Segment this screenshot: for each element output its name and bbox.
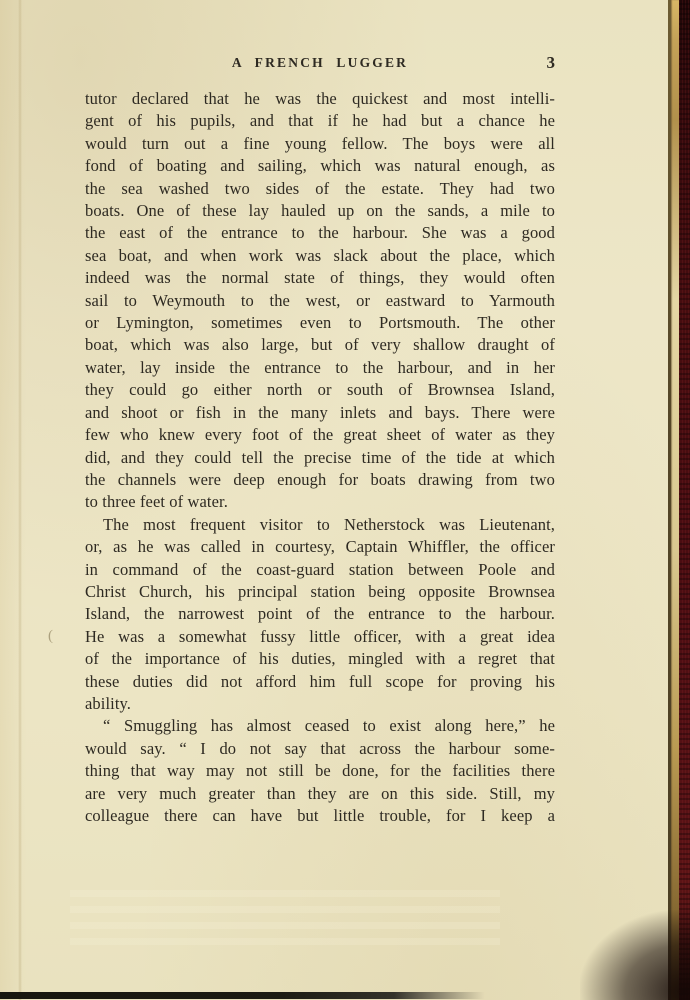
text-line: Christ Church, his principal station bei… xyxy=(85,581,555,603)
page-number: 3 xyxy=(547,53,556,73)
book-cover-edge xyxy=(679,0,690,1000)
text-line: gent of his pupils, and that if he had b… xyxy=(85,110,555,132)
running-header: A FRENCH LUGGER xyxy=(85,55,555,71)
page-edges-gilt xyxy=(671,0,679,1000)
text-line: the sea washed two sides of the estate. … xyxy=(85,178,555,200)
paragraph: The most frequent visitor to Netherstock… xyxy=(85,514,555,716)
text-line: of the importance of his duties, mingled… xyxy=(85,648,555,670)
text-line: Island, the narrowest point of the entra… xyxy=(85,603,555,625)
text-line: the channels were deep enough for boats … xyxy=(85,469,555,491)
text-line: indeed was the normal state of things, t… xyxy=(85,267,555,289)
text-line: tutor declared that he was the quickest … xyxy=(85,88,555,110)
text-line: and shoot or fish in the many inlets and… xyxy=(85,402,555,424)
text-line: boat, which was also large, but of very … xyxy=(85,334,555,356)
text-column: A FRENCH LUGGER 3 tutor declared that he… xyxy=(85,55,555,827)
print-artifact-mark: ( xyxy=(48,628,53,645)
page-header: A FRENCH LUGGER 3 xyxy=(85,55,555,75)
text-line: sea boat, and when work was slack about … xyxy=(85,245,555,267)
text-line: to three feet of water. xyxy=(85,491,555,513)
text-line: would turn out a fine young fellow. The … xyxy=(85,133,555,155)
text-line: thing that way may not still be done, fo… xyxy=(85,760,555,782)
text-line: He was a somewhat fussy little officer, … xyxy=(85,626,555,648)
text-line: “ Smuggling has almost ceased to exist a… xyxy=(85,715,555,737)
page-text: tutor declared that he was the quickest … xyxy=(85,88,555,827)
text-line: colleague there can have but little trou… xyxy=(85,805,555,827)
book-page-scan: A FRENCH LUGGER 3 tutor declared that he… xyxy=(0,0,690,1000)
text-line: sail to Weymouth to the west, or eastwar… xyxy=(85,290,555,312)
text-line: are very much greater than they are on t… xyxy=(85,783,555,805)
paragraph: tutor declared that he was the quickest … xyxy=(85,88,555,514)
text-line: or Lymington, sometimes even to Portsmou… xyxy=(85,312,555,334)
text-line: few who knew every foot of the great she… xyxy=(85,424,555,446)
text-line: they could go either north or south of B… xyxy=(85,379,555,401)
scan-bottom-strip xyxy=(0,992,505,999)
text-line: water, lay inside the entrance to the ha… xyxy=(85,357,555,379)
text-line: The most frequent visitor to Netherstock… xyxy=(85,514,555,536)
text-line: fond of boating and sailing, which was n… xyxy=(85,155,555,177)
text-line: the east of the entrance to the harbour.… xyxy=(85,222,555,244)
paragraph: “ Smuggling has almost ceased to exist a… xyxy=(85,715,555,827)
text-line: or, as he was called in courtesy, Captai… xyxy=(85,536,555,558)
text-line: ability. xyxy=(85,693,555,715)
text-line: would say. “ I do not say that across th… xyxy=(85,738,555,760)
text-line: did, and they could tell the precise tim… xyxy=(85,447,555,469)
text-line: boats. One of these lay hauled up on the… xyxy=(85,200,555,222)
text-line: these duties did not afford him full sco… xyxy=(85,671,555,693)
text-line: in command of the coast-guard station be… xyxy=(85,559,555,581)
